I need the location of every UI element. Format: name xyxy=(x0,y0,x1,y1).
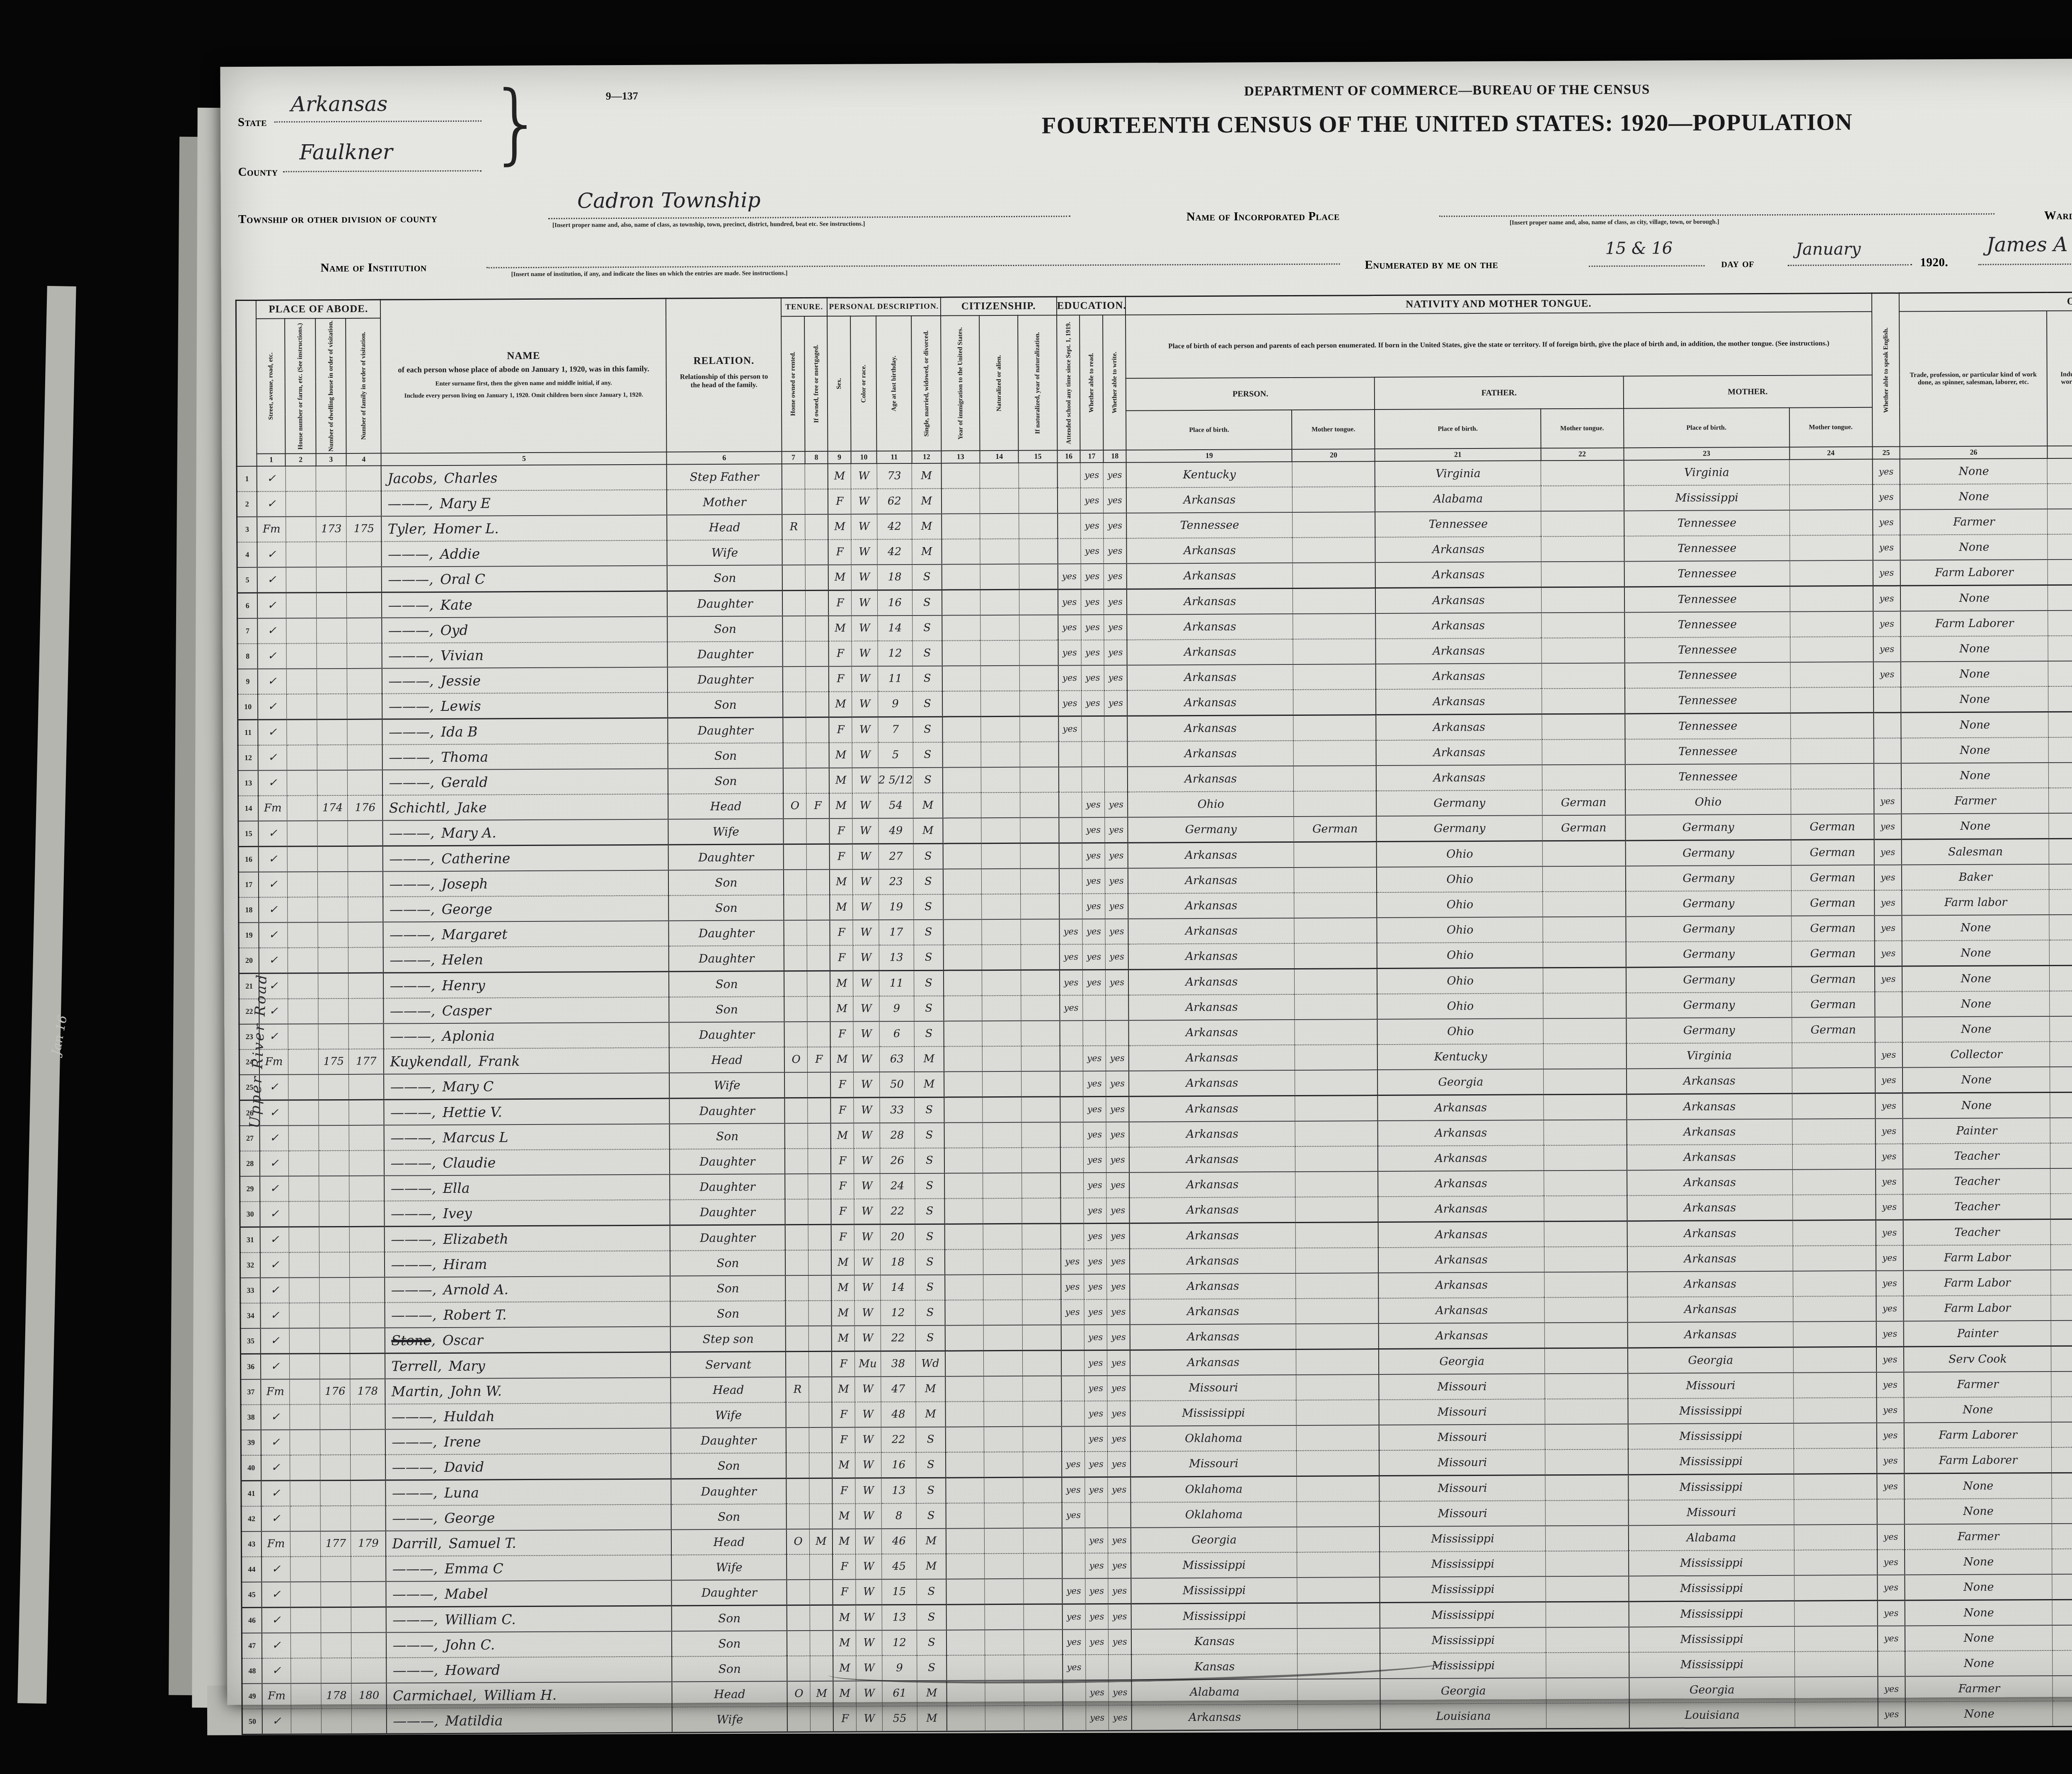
immigration-year xyxy=(942,590,981,616)
date-line xyxy=(1589,265,1705,267)
line-number: 47 xyxy=(242,1633,262,1658)
column-number: 3 xyxy=(316,453,346,466)
person-mother-tongue xyxy=(1293,791,1376,817)
mother-birthplace: Arkansas xyxy=(1627,1170,1793,1196)
age: 13 xyxy=(882,1604,917,1630)
marital-status: S xyxy=(913,717,942,742)
father-mother-tongue xyxy=(1544,1348,1627,1374)
relation: Son xyxy=(668,743,783,768)
father-birthplace: Mississippi xyxy=(1380,1551,1546,1577)
mother-birthplace: Mississippi xyxy=(1629,1626,1794,1653)
able-to-write: yes xyxy=(1104,538,1127,564)
naturalized xyxy=(980,615,1019,640)
home-owned-rented xyxy=(784,819,807,844)
industry: At home xyxy=(2051,1244,2072,1270)
enumerated-prefix: Enumerated by me on the xyxy=(1365,258,1498,272)
father-birthplace: Arkansas xyxy=(1378,1196,1544,1222)
home-owned-rented xyxy=(782,540,806,565)
house-number xyxy=(287,770,317,795)
person-name: ———, Vivian xyxy=(382,642,668,668)
house-number xyxy=(288,948,318,973)
family-number xyxy=(347,744,382,770)
mother-mother-tongue xyxy=(1790,611,1873,637)
group-occupation: OCCUPATION. xyxy=(1899,291,2072,311)
person-birthplace: Oklahoma xyxy=(1131,1476,1297,1502)
attended-school: yes xyxy=(1058,640,1081,665)
immigration-year xyxy=(945,1300,984,1325)
person-name: ———, Thoma xyxy=(382,743,668,770)
naturalization-year xyxy=(1019,564,1058,589)
street-mark: ✓ xyxy=(258,643,286,669)
home-owned-rented xyxy=(784,895,807,920)
column-number: 7 xyxy=(782,451,805,464)
home-owned-rented xyxy=(783,717,806,743)
attended-school xyxy=(1061,1376,1084,1401)
father-mother-tongue xyxy=(1541,460,1624,486)
house-number xyxy=(286,567,317,593)
father-birthplace: Ohio xyxy=(1377,968,1543,994)
immigration-year xyxy=(944,1071,983,1097)
father-mother-tongue xyxy=(1541,561,1624,587)
naturalized xyxy=(985,1680,1024,1706)
naturalization-year xyxy=(1023,1426,1062,1452)
mother-mother-tongue xyxy=(1792,1042,1875,1068)
naturalization-year xyxy=(1021,1122,1060,1147)
person-tongue-head: Mother tongue. xyxy=(1292,410,1375,449)
col-head-15: If naturalized, year of naturalization. xyxy=(1018,315,1057,451)
relation: Daughter xyxy=(668,844,784,870)
dwelling-number xyxy=(321,1658,352,1683)
person-name: ———, Jessie xyxy=(382,667,668,693)
marital-status: S xyxy=(913,666,942,691)
attended-school xyxy=(1058,513,1081,538)
sex: F xyxy=(830,920,853,945)
county-line xyxy=(283,170,482,172)
attended-school xyxy=(1059,868,1082,894)
able-to-write: yes xyxy=(1109,1680,1132,1705)
col-head-13: Year of immigration to the United States… xyxy=(941,315,980,451)
family-number xyxy=(346,465,382,491)
occupation: Collector xyxy=(1903,1042,2050,1068)
home-owned-rented xyxy=(786,1402,809,1427)
speaks-english: yes xyxy=(1874,915,1902,940)
color-race: W xyxy=(851,514,877,539)
incorporated-line xyxy=(1439,213,1995,217)
mother-mother-tongue xyxy=(1794,1550,1877,1575)
home-owned-rented xyxy=(782,565,806,591)
person-birthplace: Arkansas xyxy=(1130,1324,1296,1350)
occupation: Farm labor xyxy=(1902,889,2049,916)
mother-mother-tongue xyxy=(1794,1600,1877,1626)
naturalized xyxy=(984,1325,1023,1351)
age: 11 xyxy=(878,666,913,691)
father-mother-tongue xyxy=(1545,1475,1628,1500)
naturalization-year xyxy=(1023,1376,1062,1401)
house-number xyxy=(286,516,316,542)
able-to-read: yes xyxy=(1081,665,1104,691)
occupation: None xyxy=(1900,585,2048,611)
person-mother-tongue xyxy=(1297,1679,1380,1704)
able-to-write: yes xyxy=(1106,1122,1129,1147)
person-mother-tongue xyxy=(1294,943,1377,969)
free-mortgaged xyxy=(808,1301,832,1326)
industry xyxy=(2048,533,2072,560)
father-birthplace: Ohio xyxy=(1377,892,1543,918)
mother-mother-tongue: German xyxy=(1792,1017,1875,1043)
state-value: Arkansas xyxy=(291,92,388,116)
naturalization-year xyxy=(1019,640,1058,665)
father-mother-tongue xyxy=(1546,1627,1629,1653)
home-owned-rented xyxy=(787,1656,810,1681)
house-number xyxy=(290,1481,321,1506)
line-number: 34 xyxy=(240,1303,261,1328)
naturalized xyxy=(981,666,1020,691)
street-mark: ✓ xyxy=(261,1303,289,1328)
industry xyxy=(2051,1396,2072,1422)
speaks-english: yes xyxy=(1876,1169,1903,1194)
father-mother-tongue xyxy=(1545,1373,1628,1399)
person-mother-tongue xyxy=(1293,639,1376,664)
father-mother-tongue xyxy=(1543,993,1626,1018)
dwelling-number xyxy=(316,567,347,593)
house-number xyxy=(290,1607,321,1633)
mother-birthplace: Georgia xyxy=(1627,1347,1793,1373)
father-birthplace: Mississippi xyxy=(1380,1576,1546,1602)
marital-status: S xyxy=(915,1224,944,1250)
house-number xyxy=(290,1658,321,1683)
person-birthplace: Kentucky xyxy=(1126,462,1292,488)
township-note: [Insert proper name and, also, name of c… xyxy=(552,221,865,229)
person-mother-tongue xyxy=(1294,892,1377,918)
speaks-english: yes xyxy=(1876,1372,1904,1397)
person-name: ———, Kate xyxy=(382,591,667,618)
age: 11 xyxy=(879,970,914,996)
father-birthplace: Arkansas xyxy=(1378,1247,1544,1273)
speaks-english: yes xyxy=(1873,636,1901,662)
father-mother-tongue xyxy=(1541,485,1624,511)
enumerated-month: January xyxy=(1796,240,1861,259)
industry: At Home xyxy=(2048,610,2072,636)
line-number: 44 xyxy=(242,1557,262,1582)
able-to-write: yes xyxy=(1108,1528,1131,1553)
industry xyxy=(2050,965,2072,991)
line-number: 29 xyxy=(240,1176,260,1202)
speaks-english: yes xyxy=(1874,940,1902,966)
immigration-year xyxy=(944,996,983,1021)
family-number xyxy=(351,1480,386,1506)
age: 13 xyxy=(881,1478,916,1503)
color-race: W xyxy=(853,996,879,1021)
able-to-read: yes xyxy=(1080,488,1104,513)
family-number xyxy=(347,618,382,643)
house-number xyxy=(290,1506,321,1531)
person-name: Terrell, Mary xyxy=(385,1352,670,1379)
line-number: 6 xyxy=(237,593,257,618)
free-mortgaged xyxy=(808,1224,831,1250)
home-owned-rented xyxy=(784,870,807,895)
mother-birthplace: Arkansas xyxy=(1627,1322,1793,1348)
mother-mother-tongue: German xyxy=(1791,865,1874,891)
marital-status: S xyxy=(915,1148,944,1173)
occupation: None xyxy=(1905,1650,2053,1677)
father-mother-tongue xyxy=(1542,764,1625,790)
mother-birthplace: Ohio xyxy=(1625,789,1791,815)
line-number: 19 xyxy=(239,923,259,948)
person-mother-tongue xyxy=(1295,1070,1377,1095)
industry: Restaurant xyxy=(2049,863,2072,889)
naturalization-year xyxy=(1021,1097,1060,1122)
father-mother-tongue xyxy=(1544,1322,1627,1348)
street-mark: ✓ xyxy=(261,1354,289,1379)
able-to-read: yes xyxy=(1084,1452,1108,1477)
group-name: NAME of each person whose place of abode… xyxy=(380,298,667,453)
naturalization-year xyxy=(1022,1274,1061,1299)
line-number: 8 xyxy=(237,644,258,669)
home-owned-rented xyxy=(783,692,806,717)
naturalized xyxy=(985,1553,1024,1579)
father-mother-tongue xyxy=(1545,1500,1628,1526)
naturalized xyxy=(981,742,1020,767)
naturalized xyxy=(982,869,1021,894)
dwelling-number xyxy=(320,1506,351,1531)
marital-status: S xyxy=(916,1427,945,1452)
person-name: ———, Hiram xyxy=(385,1251,670,1277)
free-mortgaged xyxy=(809,1478,833,1504)
father-mother-tongue xyxy=(1542,714,1625,739)
naturalization-year xyxy=(1022,1325,1061,1350)
attended-school xyxy=(1060,1046,1083,1071)
occupation: None xyxy=(1902,991,2050,1017)
day-of-label: day of xyxy=(1721,257,1754,270)
dwelling-number xyxy=(320,1480,351,1506)
relation: Wife xyxy=(672,1706,787,1733)
age: 55 xyxy=(882,1706,917,1732)
group-abode: PLACE OF ABODE. xyxy=(256,300,380,318)
free-mortgaged xyxy=(807,895,830,920)
mother-birthplace: Mississippi xyxy=(1628,1423,1794,1449)
color-race: W xyxy=(855,1326,881,1351)
person-birthplace: Arkansas xyxy=(1127,563,1293,589)
attended-school xyxy=(1061,1325,1084,1350)
home-owned-rented xyxy=(787,1605,810,1631)
immigration-year xyxy=(945,1249,984,1275)
person-birthplace: Oklahoma xyxy=(1130,1425,1296,1452)
home-owned-rented xyxy=(782,616,806,641)
age: 18 xyxy=(877,565,913,590)
able-to-write: yes xyxy=(1104,589,1127,615)
able-to-write: yes xyxy=(1107,1274,1130,1299)
line-number: 1 xyxy=(237,466,257,492)
person-birthplace: Arkansas xyxy=(1129,1045,1295,1071)
sex: F xyxy=(829,717,852,743)
naturalized xyxy=(981,818,1020,843)
speaks-english: yes xyxy=(1875,1118,1903,1144)
color-race: W xyxy=(854,1047,879,1072)
person-birthplace: Arkansas xyxy=(1128,868,1294,894)
person-name: ———, Howard xyxy=(387,1656,672,1683)
industry xyxy=(2047,458,2072,484)
group-relation: RELATION. Relationship of this person to… xyxy=(666,298,782,452)
attended-school xyxy=(1059,843,1082,869)
color-race: W xyxy=(852,565,877,590)
person-name: ———, Mary C xyxy=(384,1073,669,1100)
able-to-write: yes xyxy=(1106,1223,1130,1249)
col-head-4: Number of family in order of visitation. xyxy=(346,318,381,453)
naturalization-year xyxy=(1019,615,1058,640)
immigration-year xyxy=(942,514,980,539)
column-number: 26 xyxy=(1900,446,2048,459)
age: 28 xyxy=(880,1123,915,1148)
person-mother-tongue xyxy=(1296,1374,1379,1400)
marital-status: S xyxy=(914,894,943,920)
occupation: Teacher xyxy=(1903,1219,2051,1245)
speaks-english: yes xyxy=(1873,662,1901,687)
age: 7 xyxy=(878,717,913,742)
home-owned-rented xyxy=(785,1250,808,1275)
person-name: ———, John C. xyxy=(386,1631,672,1658)
home-owned-rented xyxy=(782,590,806,616)
industry xyxy=(2050,990,2072,1016)
dwelling-number xyxy=(318,1024,349,1049)
speaks-english: yes xyxy=(1875,1067,1903,1093)
industry: Public school xyxy=(2050,1142,2072,1168)
occupation: None xyxy=(1900,534,2048,560)
house-number xyxy=(288,1100,319,1126)
person-birthplace: Arkansas xyxy=(1130,1197,1295,1223)
speaks-english: yes xyxy=(1878,1676,1905,1701)
family-number: 177 xyxy=(349,1049,384,1074)
occupation: None xyxy=(1905,1600,2053,1626)
person-birthplace: Arkansas xyxy=(1128,969,1294,995)
able-to-write: yes xyxy=(1106,1147,1130,1173)
marital-status: S xyxy=(912,590,942,616)
relation: Son xyxy=(669,996,784,1022)
person-name: ———, Elizabeth xyxy=(385,1225,670,1252)
relation: Wife xyxy=(668,819,784,845)
occupation: Farm Laborer xyxy=(1904,1447,2052,1473)
person-mother-tongue xyxy=(1295,1146,1378,1172)
line-number: 39 xyxy=(241,1430,261,1455)
person-birthplace: Missouri xyxy=(1130,1375,1296,1401)
age: 62 xyxy=(877,489,912,514)
naturalized xyxy=(984,1477,1023,1503)
relation: Son xyxy=(669,895,784,921)
person-name: ———, Helen xyxy=(383,946,669,973)
age: 48 xyxy=(881,1402,916,1427)
line-number: 7 xyxy=(237,618,258,644)
mother-birthplace: Mississippi xyxy=(1629,1652,1795,1678)
relation: Head xyxy=(672,1681,787,1707)
home-owned-rented xyxy=(787,1580,810,1605)
family-number: 176 xyxy=(348,795,383,820)
sex: F xyxy=(830,1021,854,1047)
able-to-read xyxy=(1085,1503,1108,1528)
father-birthplace: Missouri xyxy=(1379,1399,1545,1425)
speaks-english xyxy=(1874,763,1901,788)
naturalized xyxy=(983,1224,1022,1249)
mother-mother-tongue xyxy=(1791,789,1874,814)
street-mark: ✓ xyxy=(257,466,286,491)
column-number: 13 xyxy=(941,451,980,463)
able-to-read: yes xyxy=(1083,1096,1106,1122)
speaks-english: yes xyxy=(1876,1296,1904,1321)
able-to-read xyxy=(1082,995,1106,1020)
free-mortgaged xyxy=(808,1149,831,1174)
industry xyxy=(2052,1573,2072,1600)
person-mother-tongue xyxy=(1295,1171,1378,1197)
house-number xyxy=(289,1252,320,1277)
naturalized xyxy=(983,1097,1021,1122)
person-mother-tongue xyxy=(1294,918,1377,943)
immigration-year xyxy=(945,1401,984,1427)
father-mother-tongue xyxy=(1542,688,1624,714)
person-name: ———, Aplonia xyxy=(384,1022,669,1049)
attended-school xyxy=(1062,1553,1085,1578)
line-number: 36 xyxy=(240,1354,261,1379)
occupation: Farm Laborer xyxy=(1900,560,2048,586)
age: 12 xyxy=(878,641,913,666)
person-name: ———, William C. xyxy=(386,1606,672,1633)
industry xyxy=(2048,635,2072,661)
person-birthplace: Arkansas xyxy=(1127,538,1293,564)
person-birthplace: Arkansas xyxy=(1127,664,1293,691)
father-mother-tongue xyxy=(1543,1018,1626,1044)
family-number xyxy=(347,693,382,719)
father-mother-tongue xyxy=(1542,612,1624,638)
naturalized xyxy=(985,1528,1024,1553)
father-birthplace: Arkansas xyxy=(1378,1145,1544,1171)
mother-mother-tongue xyxy=(1789,485,1872,510)
naturalized xyxy=(982,1021,1021,1046)
home-owned-rented xyxy=(785,1224,808,1250)
free-mortgaged xyxy=(805,540,828,565)
occupation: Farm Laborer xyxy=(1900,611,2048,637)
father-mother-tongue xyxy=(1546,1551,1629,1576)
family-number xyxy=(350,1328,385,1353)
col-head-7: Home owned or rented. xyxy=(781,316,805,452)
free-mortgaged xyxy=(807,996,830,1022)
marital-status: M xyxy=(912,539,942,565)
able-to-read: yes xyxy=(1086,1680,1109,1705)
mother-mother-tongue xyxy=(1795,1677,1878,1702)
dwelling-number xyxy=(318,948,349,973)
person-name: ———, Oyd xyxy=(382,616,668,643)
house-number xyxy=(288,973,318,999)
color-race: W xyxy=(854,1123,879,1148)
father-mother-tongue xyxy=(1545,1449,1628,1475)
father-birthplace: Ohio xyxy=(1377,942,1543,968)
home-owned-rented xyxy=(784,945,807,971)
naturalization-year xyxy=(1020,894,1059,919)
father-birthplace: Missouri xyxy=(1380,1475,1545,1501)
sex: F xyxy=(831,1098,854,1123)
house-number xyxy=(290,1556,321,1582)
home-owned-rented xyxy=(784,1022,808,1047)
speaks-english: yes xyxy=(1874,788,1902,814)
free-mortgaged: M xyxy=(810,1681,833,1706)
family-number xyxy=(350,1353,385,1379)
mother-mother-tongue xyxy=(1790,510,1873,536)
age: 24 xyxy=(880,1173,915,1199)
home-owned-rented: O xyxy=(787,1529,810,1554)
able-to-write xyxy=(1106,995,1129,1020)
person-name: ———, Matildia xyxy=(387,1707,672,1734)
person-mother-tongue xyxy=(1295,994,1377,1020)
family-number xyxy=(348,846,383,872)
naturalization-year xyxy=(1024,1629,1063,1655)
able-to-write: yes xyxy=(1108,1426,1131,1452)
industry xyxy=(2050,1015,2072,1042)
